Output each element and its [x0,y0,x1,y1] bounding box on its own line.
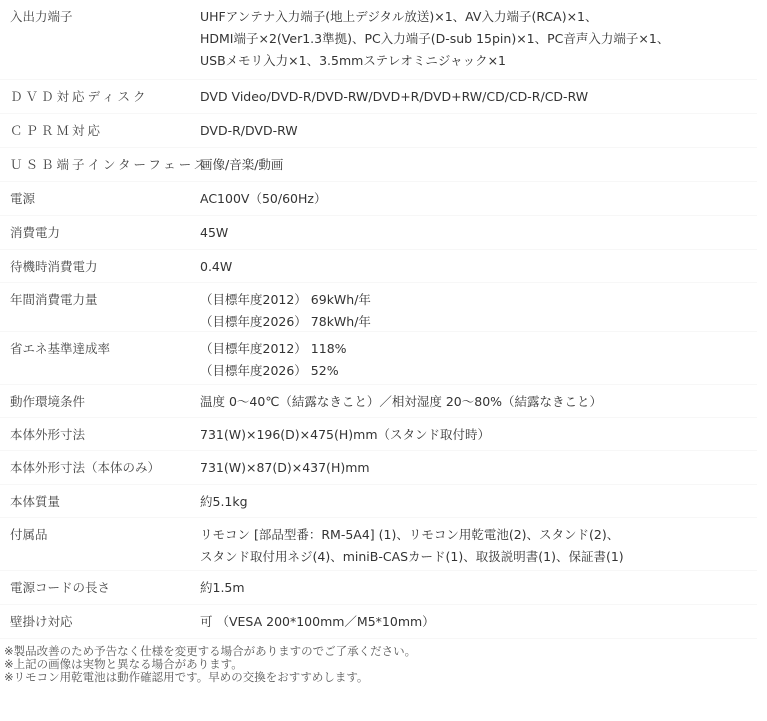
spec-label: ＵＳＢ端子インターフェース [0,154,200,181]
note-3: ※リモコン用乾電池は動作確認用です。早めの交換をおすすめします。 [4,671,767,684]
spec-value: 約1.5m [200,577,757,604]
spec-value-line: 温度 0～40℃（結露なきこと）／相対湿度 20～80%（結露なきこと） [200,391,757,413]
spec-label: 付属品 [0,524,200,570]
spec-row: 本体外形寸法（本体のみ）731(W)×87(D)×437(H)mm [0,451,757,485]
spec-value-line: リモコン [部品型番：RM-5A4] (1)、リモコン用乾電池(2)、スタンド(… [200,524,757,546]
spec-value-line: （目標年度2026） 52% [200,360,757,382]
spec-value-line: AC100V（50/60Hz） [200,188,757,210]
spec-value: （目標年度2012） 69kWh/年（目標年度2026） 78kWh/年 [200,289,757,331]
spec-value-line: （目標年度2012） 69kWh/年 [200,289,757,311]
spec-value-line: 731(W)×87(D)×437(H)mm [200,457,757,479]
spec-value: 0.4W [200,256,757,282]
spec-label: ＤＶＤ対応ディスク [0,86,200,113]
spec-value-line: スタンド取付用ネジ(4)、miniB-CASカード(1)、取扱説明書(1)、保証… [200,546,757,568]
spec-value-line: 45W [200,222,757,244]
spec-value-line: HDMI端子×2(Ver1.3準拠)、PC入力端子(D-sub 15pin)×1… [200,28,757,50]
spec-value: 約5.1kg [200,491,757,517]
spec-value-line: 約1.5m [200,577,757,599]
spec-row: 入出力端子UHFアンテナ入力端子(地上デジタル放送)×1、AV入力端子(RCA)… [0,0,757,80]
spec-label: 待機時消費電力 [0,256,200,282]
spec-row: 消費電力45W [0,216,757,250]
spec-value: UHFアンテナ入力端子(地上デジタル放送)×1、AV入力端子(RCA)×1、HD… [200,6,757,79]
spec-row: 年間消費電力量（目標年度2012） 69kWh/年（目標年度2026） 78kW… [0,283,757,332]
spec-value-line: 可 （VESA 200*100mm／M5*10mm） [200,611,757,633]
spec-row: 電源コードの長さ約1.5m [0,571,757,605]
spec-label: ＣＰＲＭ対応 [0,120,200,147]
spec-row: 本体外形寸法731(W)×196(D)×475(H)mm（スタンド取付時） [0,418,757,451]
spec-value-line: DVD Video/DVD-R/DVD-RW/DVD+R/DVD+RW/CD/C… [200,86,757,108]
spec-row: 壁掛け対応可 （VESA 200*100mm／M5*10mm） [0,605,757,639]
spec-label: 省エネ基準達成率 [0,338,200,384]
spec-label: 本体外形寸法 [0,424,200,450]
spec-row: 付属品リモコン [部品型番：RM-5A4] (1)、リモコン用乾電池(2)、スタ… [0,518,757,571]
spec-table: 入出力端子UHFアンテナ入力端子(地上デジタル放送)×1、AV入力端子(RCA)… [0,0,757,639]
spec-label: 壁掛け対応 [0,611,200,638]
spec-row: 電源AC100V（50/60Hz） [0,182,757,216]
spec-value: 可 （VESA 200*100mm／M5*10mm） [200,611,757,638]
spec-value: （目標年度2012） 118%（目標年度2026） 52% [200,338,757,384]
spec-row: ＵＳＢ端子インターフェース画像/音楽/動画 [0,148,757,182]
spec-label: 電源コードの長さ [0,577,200,604]
spec-value-line: UHFアンテナ入力端子(地上デジタル放送)×1、AV入力端子(RCA)×1、 [200,6,757,28]
spec-value: リモコン [部品型番：RM-5A4] (1)、リモコン用乾電池(2)、スタンド(… [200,524,757,570]
spec-value: DVD-R/DVD-RW [200,120,757,147]
spec-label: 本体質量 [0,491,200,517]
spec-value: 731(W)×196(D)×475(H)mm（スタンド取付時） [200,424,757,450]
spec-label: 電源 [0,188,200,215]
spec-value-line: DVD-R/DVD-RW [200,120,757,142]
spec-value-line: 約5.1kg [200,491,757,513]
spec-value: DVD Video/DVD-R/DVD-RW/DVD+R/DVD+RW/CD/C… [200,86,757,113]
spec-value: 温度 0～40℃（結露なきこと）／相対湿度 20～80%（結露なきこと） [200,391,757,417]
spec-value: 画像/音楽/動画 [200,154,757,181]
spec-value-line: （目標年度2026） 78kWh/年 [200,311,757,333]
spec-row: ＤＶＤ対応ディスクDVD Video/DVD-R/DVD-RW/DVD+R/DV… [0,80,757,114]
spec-row: 省エネ基準達成率（目標年度2012） 118%（目標年度2026） 52% [0,332,757,385]
spec-label: 年間消費電力量 [0,289,200,331]
spec-row: 本体質量約5.1kg [0,485,757,518]
spec-value: 45W [200,222,757,249]
spec-value: 731(W)×87(D)×437(H)mm [200,457,757,484]
spec-value-line: USBメモリ入力×1、3.5mmステレオミニジャック×1 [200,50,757,72]
spec-value: AC100V（50/60Hz） [200,188,757,215]
spec-value-line: 画像/音楽/動画 [200,154,757,176]
spec-row: 待機時消費電力0.4W [0,250,757,283]
spec-row: ＣＰＲＭ対応DVD-R/DVD-RW [0,114,757,148]
spec-label: 本体外形寸法（本体のみ） [0,457,200,484]
spec-label: 消費電力 [0,222,200,249]
spec-label: 入出力端子 [0,6,200,79]
spec-label: 動作環境条件 [0,391,200,417]
spec-value-line: 0.4W [200,256,757,278]
spec-row: 動作環境条件温度 0～40℃（結露なきこと）／相対湿度 20～80%（結露なきこ… [0,385,757,418]
spec-value-line: 731(W)×196(D)×475(H)mm（スタンド取付時） [200,424,757,446]
notes: ※製品改善のため予告なく仕様を変更する場合がありますのでご了承ください。 ※上記… [0,645,767,684]
spec-value-line: （目標年度2012） 118% [200,338,757,360]
